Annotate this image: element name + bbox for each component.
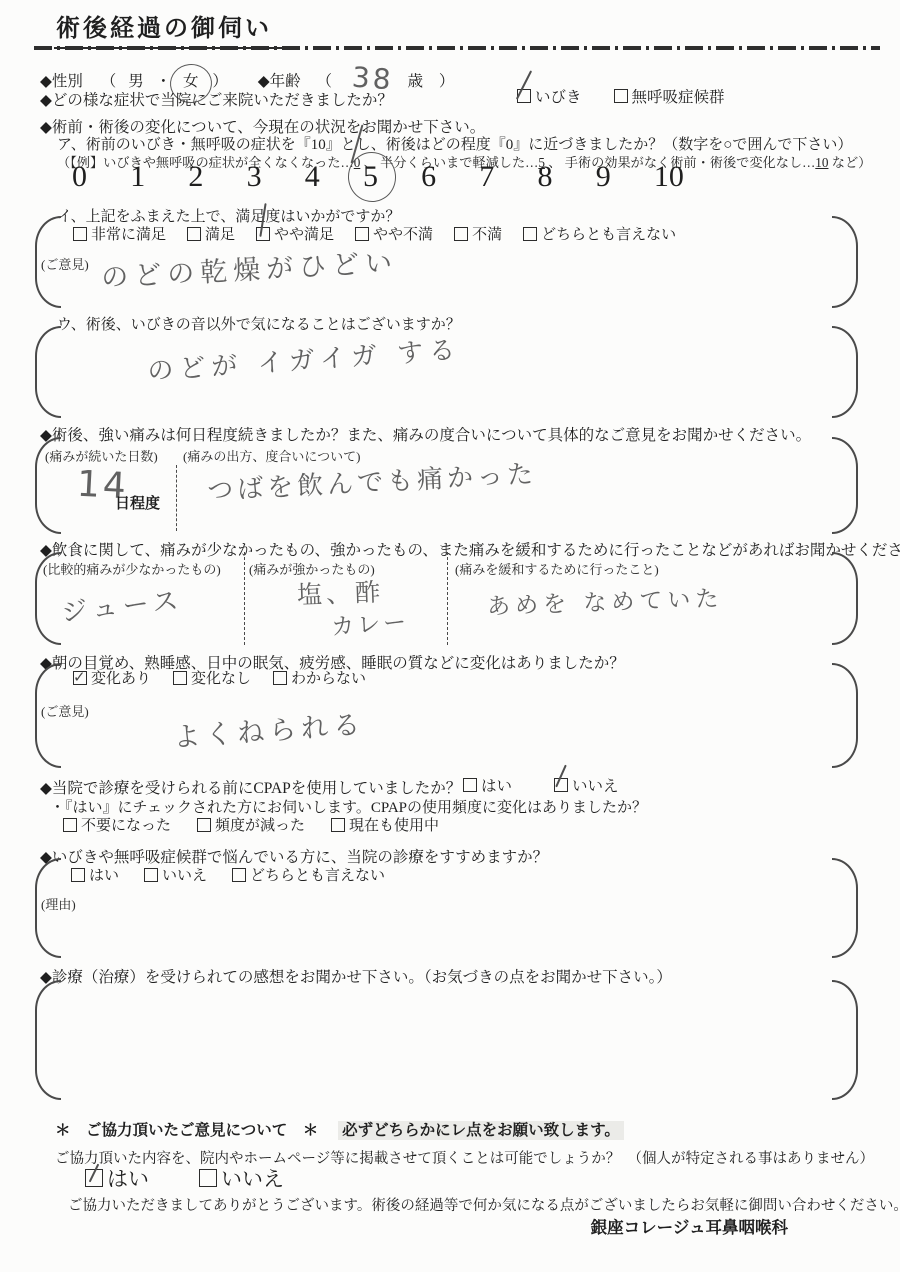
consent-header-bold: 必ずどちらかにレ点をお願い致します。: [338, 1121, 624, 1140]
age-unit: 歳: [407, 73, 423, 90]
checkmark: [89, 1164, 100, 1183]
checkbox-label: 現在も使用中: [349, 814, 439, 835]
food-box: (比較的痛みが少なかったもの) (痛みが強かったもの) (痛みを緩和するために行…: [35, 552, 858, 645]
column-divider: [176, 465, 177, 531]
scale-number-8[interactable]: 8: [538, 160, 553, 194]
column-divider: [447, 552, 448, 645]
cpap-question: ◆当院で診療を受けられる前にCPAPを使用していましたか？: [40, 776, 461, 798]
checkbox[interactable]: [73, 227, 87, 241]
checkbox-label: 満足: [205, 223, 235, 244]
checkbox-label: いいえ: [572, 774, 619, 796]
checkbox-option-recommend-neither[interactable]: どちらとも言えない: [232, 864, 385, 885]
checkbox-label: どちらとも言えない: [541, 223, 676, 244]
food-col3-label: (痛みを緩和するために行ったこと): [455, 559, 659, 578]
checkbox-option-less-frequent[interactable]: 頻度が減った: [197, 814, 305, 835]
checkbox-option-publish-yes[interactable]: はい: [85, 1163, 149, 1193]
checkbox-label: やや満足: [274, 223, 334, 244]
checkbox-label: いいえ: [162, 864, 207, 885]
consent-header-plain: ＊ ご協力頂いたご意見について ＊: [55, 1122, 318, 1139]
checkbox-option-still-using[interactable]: 現在も使用中: [331, 814, 439, 835]
satisfaction-comment-handwritten[interactable]: のどの乾燥がひどい: [100, 240, 399, 294]
checkmark: ✓: [73, 668, 86, 686]
checkbox-label: はい: [89, 864, 119, 885]
example-text: など）: [828, 155, 871, 170]
concern-answer-handwritten[interactable]: のどが イガイガ する: [146, 329, 462, 388]
food-col1-label: (比較的痛みが少なかったもの): [43, 559, 221, 578]
checkbox[interactable]: [554, 778, 568, 792]
concern-box: のどが イガイガ する: [35, 326, 858, 418]
checkbox-option-very-satisfied[interactable]: 非常に満足: [73, 223, 166, 244]
pain-days-unit: 日程度: [115, 492, 160, 513]
checkbox-label: 変化あり: [91, 667, 151, 688]
scale-number-1[interactable]: 1: [130, 160, 145, 194]
checkbox-option-no-longer-needed[interactable]: 不要になった: [63, 814, 171, 835]
pain-days-label: (痛みが続いた日数): [45, 446, 158, 465]
severity-scale: 0 1 2 3 4 5 6 7 8 9 10: [72, 160, 684, 194]
checkbox[interactable]: [199, 1169, 217, 1187]
scale-number-3[interactable]: 3: [247, 160, 262, 194]
checkbox[interactable]: [273, 671, 287, 685]
checkbox-label: はい: [481, 774, 512, 796]
sleep-comment-handwritten[interactable]: よくねられる: [172, 702, 366, 754]
comment-label: (ご意見): [41, 254, 89, 273]
checkbox-label: どちらとも言えない: [250, 864, 385, 885]
checkbox-label: 変化なし: [191, 667, 251, 688]
food-col2-answer2-handwritten[interactable]: カレー: [330, 603, 410, 641]
consent-options: はい いいえ: [85, 1163, 284, 1193]
checkbox-option-recommend-no[interactable]: いいえ: [144, 864, 207, 885]
checkbox-label: はい: [107, 1163, 149, 1193]
pain-box: (痛みが続いた日数) (痛みの出方、度合いについて) 14 日程度 つばを飲んで…: [35, 437, 858, 534]
checkbox-option-cpap-yes[interactable]: はい: [463, 774, 512, 796]
checkbox-label: いびき: [535, 85, 582, 107]
checkbox[interactable]: [63, 818, 77, 832]
checkbox-label: 不満: [472, 223, 502, 244]
checkbox-option-no-change[interactable]: 変化なし: [173, 667, 251, 688]
pain-detail-label: (痛みの出方、度合いについて): [183, 446, 360, 465]
checkbox-option-publish-no[interactable]: いいえ: [199, 1163, 284, 1193]
checkbox[interactable]: [71, 868, 85, 882]
checkbox-label: 不要になった: [81, 814, 171, 835]
scale-number-7[interactable]: 7: [479, 160, 494, 194]
thanks-note: ご協力いただきましてありがとうございます。術後の経過等で何か気になる点がございま…: [68, 1194, 900, 1215]
checkbox-option-changed[interactable]: ✓変化あり: [73, 667, 151, 688]
checkmark: [516, 70, 532, 99]
checkbox-option-ibiki[interactable]: いびき: [517, 85, 582, 107]
checkmark: [555, 765, 567, 788]
checkbox-option-neither[interactable]: どちらとも言えない: [523, 223, 676, 244]
satisfaction-box: 非常に満足 満足 やや満足 やや不満 不満 どちらとも言えない (ご意見) のど…: [35, 216, 858, 308]
checkbox-option-satisfied[interactable]: 満足: [187, 223, 235, 244]
sleep-options: ✓変化あり 変化なし わからない: [73, 667, 366, 688]
checkbox-label: 非常に満足: [91, 223, 166, 244]
food-col3-answer-handwritten[interactable]: あめを なめていた: [486, 580, 723, 621]
checkbox[interactable]: [454, 227, 468, 241]
checkbox-label: 頻度が減った: [215, 814, 305, 835]
consent-header: ＊ ご協力頂いたご意見について ＊ 必ずどちらかにレ点をお願い致します。: [55, 1118, 624, 1140]
symptom-options: いびき 無呼吸症候群: [517, 85, 725, 107]
sleep-box: ✓変化あり 変化なし わからない (ご意見) よくねられる: [35, 663, 858, 768]
checkbox[interactable]: [614, 89, 628, 103]
checkbox-option-unknown[interactable]: わからない: [273, 667, 366, 688]
checkbox[interactable]: [197, 818, 211, 832]
change-sub-a: ア、術前のいびき・無呼吸の症状を『10』とし、術後はどの程度『0』に近づきました…: [57, 133, 852, 154]
checkbox-option-somewhat-satisfied[interactable]: やや満足: [256, 223, 334, 244]
scale-number-9[interactable]: 9: [596, 160, 611, 194]
scale-number-6[interactable]: 6: [421, 160, 436, 194]
example-value-10: 10: [815, 155, 828, 170]
checkbox-label: 無呼吸症候群: [632, 85, 725, 107]
checkbox[interactable]: [232, 868, 246, 882]
scale-number-10[interactable]: 10: [654, 160, 684, 194]
cpap-options: はい いいえ: [463, 774, 619, 796]
paren: ）: [439, 73, 455, 90]
dash-dot-divider: [34, 46, 880, 50]
checkbox-option-cpap-no[interactable]: いいえ: [554, 774, 619, 796]
checkbox-option-recommend-yes[interactable]: はい: [71, 864, 119, 885]
checkbox-option-mukokyu[interactable]: 無呼吸症候群: [614, 85, 725, 107]
column-divider: [244, 552, 245, 645]
cpap-followup-options: 不要になった 頻度が減った 現在も使用中: [63, 814, 439, 835]
food-col1-answer-handwritten[interactable]: ジュース: [59, 580, 184, 630]
checkbox[interactable]: [85, 1169, 103, 1187]
recommend-box: はい いいえ どちらとも言えない (理由): [35, 858, 858, 958]
comment-label: (ご意見): [41, 701, 89, 720]
scale-number-2[interactable]: 2: [188, 160, 203, 194]
symptom-question: ◆どの様な症状で当院にご来院いただきましたか？: [40, 88, 393, 110]
impression-box[interactable]: [35, 980, 858, 1100]
checkbox[interactable]: [463, 778, 477, 792]
checkbox[interactable]: [331, 818, 345, 832]
scale-number-4[interactable]: 4: [305, 160, 320, 194]
scale-number-5-circled[interactable]: 5: [363, 160, 378, 194]
checkbox-label: わからない: [291, 667, 366, 688]
clinic-name: 銀座コレージュ耳鼻咽喉科: [591, 1214, 788, 1238]
checkbox[interactable]: [144, 868, 158, 882]
checkbox-label: いいえ: [221, 1163, 284, 1193]
checkbox[interactable]: [355, 227, 369, 241]
checkbox-option-dissatisfied[interactable]: 不満: [454, 223, 502, 244]
checkbox[interactable]: [517, 89, 531, 103]
checkbox[interactable]: [256, 227, 270, 241]
checkbox[interactable]: [523, 227, 537, 241]
recommend-options: はい いいえ どちらとも言えない: [71, 864, 385, 885]
reason-label: (理由): [41, 894, 76, 913]
page-title: 術後経過の御伺い: [54, 16, 286, 49]
questionnaire-page: 術後経過の御伺い ◆性別 （ 男 ・ 女 ） ◆年齢 （ 38 歳 ） ◆どの様…: [0, 0, 900, 1272]
checkbox[interactable]: ✓: [73, 671, 87, 685]
scale-number-0[interactable]: 0: [72, 160, 87, 194]
checkbox[interactable]: [187, 227, 201, 241]
checkbox[interactable]: [173, 671, 187, 685]
